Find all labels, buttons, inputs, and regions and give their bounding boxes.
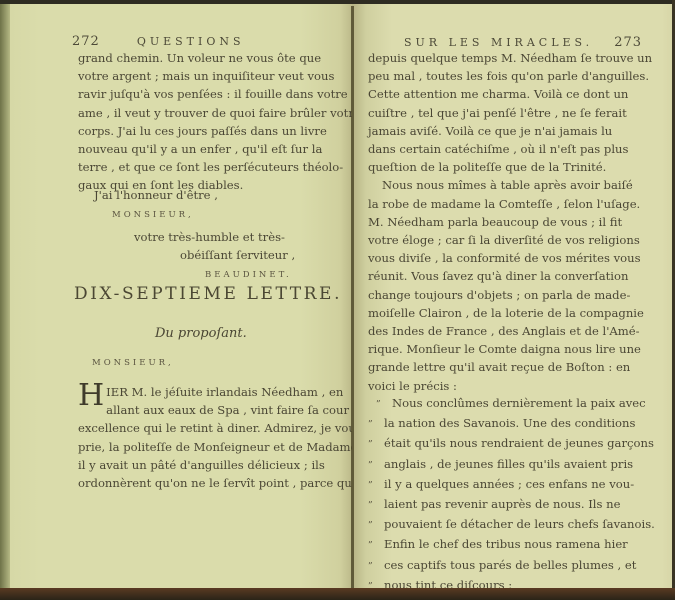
text-line: moiſelle Clairon , de la loterie de la c… <box>368 304 594 322</box>
quoted-letter: ”Nous conclûmes dernièrement la paix ave… <box>368 394 594 596</box>
text-line: change toujours d'objets ; on parla de m… <box>368 286 594 304</box>
text-line: il y avait un pâté d'anguilles délicieux… <box>78 456 314 474</box>
signoff: votre très-humble et très- obéiſſant ſer… <box>180 228 314 264</box>
text-line: peu mal , toutes les fois qu'on parle d'… <box>368 67 594 85</box>
quote-line: ”Enfin le chef des tribus nous ramena hi… <box>368 535 594 555</box>
text-line: Cette attention me charma. Voilà ce dont… <box>368 85 594 103</box>
text-line: nouveau qu'il y a un enfer , qu'il eſt ſ… <box>78 140 314 158</box>
quote-mark: ” <box>368 477 384 495</box>
dropcap: H <box>78 385 104 407</box>
text-line: ravir juſqu'à vos penſées : il fouille d… <box>78 85 314 103</box>
text-line: Nous nous mîmes à table après avoir baiſ… <box>368 176 594 194</box>
left-running-title: QUESTIONS <box>137 35 245 48</box>
quote-mark: ” <box>368 457 384 475</box>
text-line: votre éloge ; car ſi la diverſité de vos… <box>368 231 594 249</box>
right-page: SUR LES MIRACLES. 273 depuis quelque tem… <box>352 4 675 590</box>
closing-line: J'ai l'honneur d'être , <box>94 186 218 204</box>
open-book-spread: 272 QUESTIONS grand chemin. Un voleur ne… <box>0 0 675 600</box>
quote-mark: ” <box>368 436 384 454</box>
quote-line: ”la nation des Savanois. Une des conditi… <box>368 414 594 434</box>
letter-subtitle: Du propoſant. <box>155 326 247 341</box>
text-line: terre , et que ce ſont les perſécuteurs … <box>78 158 314 176</box>
book-gutter <box>351 6 354 592</box>
right-page-number: 273 <box>614 35 642 50</box>
right-body-text: depuis quelque temps M. Néedham ſe trouv… <box>368 49 594 395</box>
quote-mark: ” <box>368 497 384 515</box>
text-line: voici le précis : <box>368 377 594 395</box>
quote-line: ”ces captifs tous parés de belles plumes… <box>368 556 594 576</box>
quote-line: ”Nous conclûmes dernièrement la paix ave… <box>368 394 594 414</box>
text-line: la robe de madame la Comteſſe , ſelon l'… <box>368 195 594 213</box>
right-running-title: SUR LES MIRACLES. <box>404 36 593 49</box>
left-running-head: 272 QUESTIONS <box>72 34 245 49</box>
quote-line: ”pouvaient ſe détacher de leurs chefs ſa… <box>368 515 594 535</box>
text-line: des Indes de France , des Anglais et de … <box>368 322 594 340</box>
quote-line: ”il y a quelques années ; ces enfans ne … <box>368 475 594 495</box>
left-page: 272 QUESTIONS grand chemin. Un voleur ne… <box>0 4 352 590</box>
quote-line: ”anglais , de jeunes filles qu'ils avaie… <box>368 455 594 475</box>
text-line: corps. J'ai lu ces jours paſſés dans un … <box>78 122 314 140</box>
text-line: réunit. Vous ſavez qu'à diner la converſ… <box>368 267 594 285</box>
text-line: rique. Monſieur le Comte daigna nous lir… <box>368 340 594 358</box>
quote-mark: ” <box>368 537 384 555</box>
text-line: votre très-humble et très- <box>134 228 314 246</box>
text-line: excellence qui le retint à diner. Admire… <box>78 419 314 437</box>
quote-mark: ” <box>368 558 384 576</box>
quote-line: ”laient pas revenir auprès de nous. Ils … <box>368 495 594 515</box>
left-page-number: 272 <box>72 34 100 49</box>
quote-mark: ” <box>368 517 384 535</box>
letter-body-text: HIER M. le jéſuite irlandais Néedham , e… <box>78 383 314 492</box>
closing-salutation: MONSIEUR, <box>112 206 194 224</box>
text-line: grande lettre qu'il avait reçue de Boſto… <box>368 358 594 376</box>
right-running-head: SUR LES MIRACLES. 273 <box>404 35 642 50</box>
text-line: jamais aviſé. Voilà ce que je n'ai jamai… <box>368 122 594 140</box>
text-line: ordonnèrent qu'on ne le ſervît point , p… <box>78 474 314 492</box>
text-line: allant aux eaux de Spa , vint faire ſa c… <box>78 401 314 419</box>
bottom-cover-edge <box>0 588 675 600</box>
text-line: M. Néedham parla beaucoup de vous ; il f… <box>368 213 594 231</box>
text-line: cuiſtre , tel que j'ai penſé l'être , ne… <box>368 104 594 122</box>
quote-mark: ” <box>368 416 384 434</box>
text-line: prie, la politeſſe de Monſeigneur et de … <box>78 438 314 456</box>
quote-line: ”était qu'ils nous rendraient de jeunes … <box>368 434 594 454</box>
text-line: HIER M. le jéſuite irlandais Néedham , e… <box>78 383 314 401</box>
text-line: obéiſſant ſerviteur , <box>180 246 314 264</box>
quote-mark: ” <box>376 396 392 414</box>
left-body-text: grand chemin. Un voleur ne vous ôte que … <box>78 49 314 195</box>
text-line: votre argent ; mais un inquiſiteur veut … <box>78 67 314 85</box>
text-line: dans certain catéchiſme , où il n'eſt pa… <box>368 140 594 158</box>
letter-salutation: MONSIEUR, <box>92 354 174 372</box>
text-line: depuis quelque temps M. Néedham ſe trouv… <box>368 49 594 67</box>
signature: BEAUDINET. <box>205 266 292 284</box>
text-line: ame , il veut y trouver de quoi faire br… <box>78 104 314 122</box>
text-line: grand chemin. Un voleur ne vous ôte que <box>78 49 314 67</box>
text-line: queſtion de la politeſſe que de la Trini… <box>368 158 594 176</box>
text-line: vous diviſe , la conformité de vos mérit… <box>368 249 594 267</box>
letter-title: DIX-SEPTIEME LETTRE. <box>74 284 342 304</box>
